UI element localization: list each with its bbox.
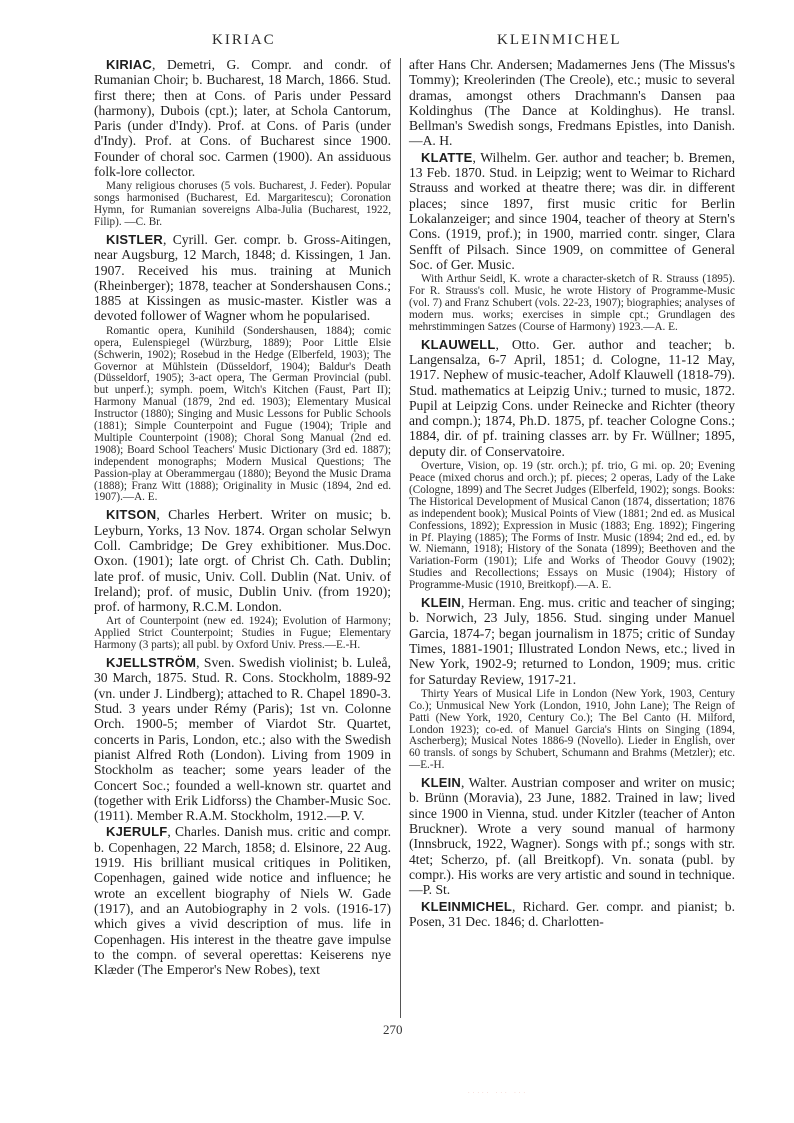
left-column: KIRIAC, Demetri, G. Compr. and condr. of… xyxy=(94,57,391,977)
entry-kjerulf: KJERULF, Charles. Danish mus. critic and… xyxy=(94,824,391,977)
entry-headword: KLEINMICHEL xyxy=(421,899,512,914)
entry-headword: KLEIN xyxy=(421,595,461,610)
entry-kjellstrom: KJELLSTRÖM, Sven. Swedish violinist; b. … xyxy=(94,655,391,823)
entry-body: , Wilhelm. Ger. author and teacher; b. B… xyxy=(409,150,735,272)
column-divider xyxy=(400,58,401,1018)
entry-headword: KJELLSTRÖM xyxy=(106,655,196,670)
running-head-right: KLEINMICHEL xyxy=(497,32,621,49)
entry-body: , Otto. Ger. author and teacher; b. Lang… xyxy=(409,337,735,459)
entry-klatte: KLATTE, Wilhelm. Ger. author and teacher… xyxy=(409,150,735,272)
entry-body: , Demetri, G. Compr. and condr. of Ruman… xyxy=(94,57,391,179)
entry-klein-herman: KLEIN, Herman. Eng. mus. critic and teac… xyxy=(409,595,735,687)
entry-works-klatte: With Arthur Seidl, K. wrote a character-… xyxy=(409,274,735,334)
dictionary-page: KIRIAC KLEINMICHEL KIRIAC, Demetri, G. C… xyxy=(0,0,794,1123)
entry-body: , Sven. Swedish violinist; b. Luleå, 30 … xyxy=(94,655,391,823)
running-head-left: KIRIAC xyxy=(212,32,276,49)
entry-headword: KLATTE xyxy=(421,150,473,165)
entry-headword: KLEIN xyxy=(421,775,461,790)
entry-works-kiriac: Many religious choruses (5 vols. Buchare… xyxy=(94,181,391,229)
entry-kitson: KITSON, Charles Herbert. Writer on music… xyxy=(94,507,391,614)
entry-works-klein-herman: Thirty Years of Musical Life in London (… xyxy=(409,689,735,772)
entry-headword: KIRIAC xyxy=(106,57,152,72)
entry-works-klauwell: Overture, Vision, op. 19 (str. orch.); p… xyxy=(409,461,735,592)
entry-kleinmichel: KLEINMICHEL, Richard. Ger. compr. and pi… xyxy=(409,899,735,930)
entry-kjerulf-continued: after Hans Chr. Andersen; Madamernes Jen… xyxy=(409,57,735,149)
entry-kiriac: KIRIAC, Demetri, G. Compr. and condr. of… xyxy=(94,57,391,179)
entry-body: , Walter. Austrian composer and writer o… xyxy=(409,775,735,897)
entry-works-kistler: Romantic opera, Kunihild (Sondershausen,… xyxy=(94,326,391,505)
entry-klauwell: KLAUWELL, Otto. Ger. author and teacher;… xyxy=(409,337,735,459)
entry-body: , Charles. Danish mus. critic and compr.… xyxy=(94,824,391,977)
entry-kistler: KISTLER, Cyrill. Ger. compr. b. Gross-Ai… xyxy=(94,232,391,324)
library-stamp-mark: ····· ··· ··· xyxy=(468,1090,528,1096)
right-column: after Hans Chr. Andersen; Madamernes Jen… xyxy=(409,57,735,929)
entry-headword: KLAUWELL xyxy=(421,337,496,352)
entry-headword: KISTLER xyxy=(106,232,163,247)
page-number: 270 xyxy=(383,1022,403,1038)
entry-works-kitson: Art of Counterpoint (new ed. 1924); Evol… xyxy=(94,616,391,652)
entry-klein-walter: KLEIN, Walter. Austrian composer and wri… xyxy=(409,775,735,897)
entry-headword: KJERULF xyxy=(106,824,167,839)
entry-body: , Charles Herbert. Writer on music; b. L… xyxy=(94,507,391,614)
entry-headword: KITSON xyxy=(106,507,156,522)
